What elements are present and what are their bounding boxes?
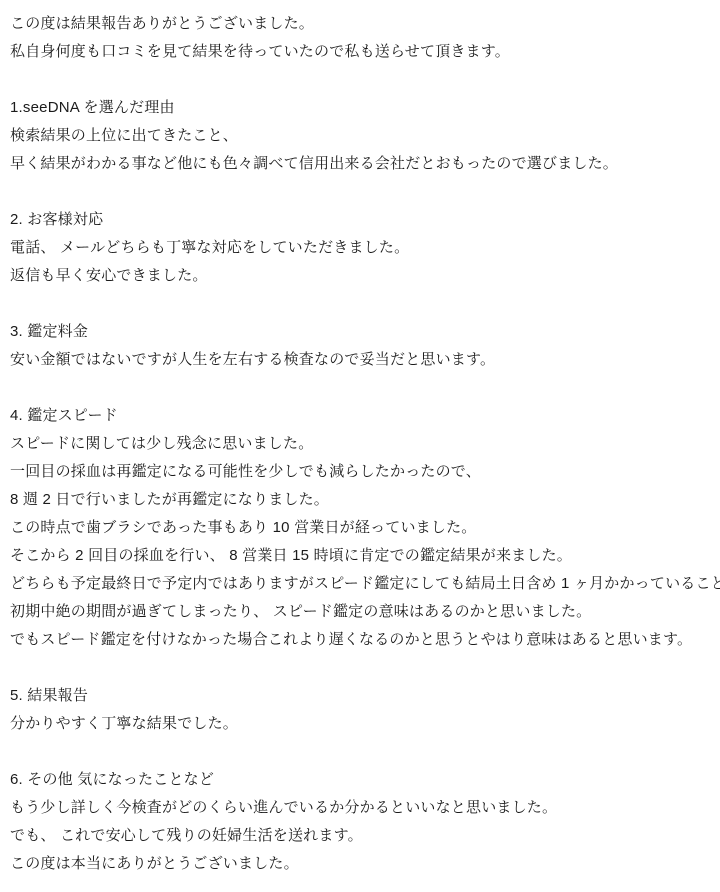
blank-line [10,178,720,206]
section-heading-reason: 1.seeDNA を選んだ理由 [10,94,720,122]
text-line: この時点で歯ブラシであった事もあり 10 営業日が経っていました。 [10,514,720,542]
text-line: 早く結果がわかる事など他にも色々調べて信用出来る会社だとおもったので選びました。 [10,150,720,178]
text-line: この度は本当にありがとうございました。 [10,850,720,878]
section-heading-customer-service: 2. お客様対応 [10,206,720,234]
page: { "page": { "background_color": "#ffffff… [0,0,720,892]
section-heading-speed: 4. 鑑定スピード [10,402,720,430]
text-line: そこから 2 回目の採血を行い、 8 営業日 15 時頃に肯定での鑑定結果が来ま… [10,542,720,570]
text-line: 返信も早く安心できました。 [10,262,720,290]
intro-line: この度は結果報告ありがとうございました。 [10,10,720,38]
text-line: 分かりやすく丁寧な結果でした。 [10,710,720,738]
blank-line [10,374,720,402]
text-line: 初期中絶の期間が過ぎてしまったり、 スピード鑑定の意味はあるのかと思いました。 [10,598,720,626]
section-heading-fee: 3. 鑑定料金 [10,318,720,346]
text-line: 電話、 メールどちらも丁寧な対応をしていただきました。 [10,234,720,262]
review-document: この度は結果報告ありがとうございました。 私自身何度も口コミを見て結果を待ってい… [0,0,720,878]
text-line: 検索結果の上位に出てきたこと、 [10,122,720,150]
text-line: 一回目の採血は再鑑定になる可能性を少しでも減らしたかったので、 [10,458,720,486]
blank-line [10,738,720,766]
blank-line [10,290,720,318]
blank-line [10,654,720,682]
section-heading-other: 6. その他 気になったことなど [10,766,720,794]
section-heading-result-report: 5. 結果報告 [10,682,720,710]
intro-line: 私自身何度も口コミを見て結果を待っていたので私も送らせて頂きます。 [10,38,720,66]
text-line: 8 週 2 日で行いましたが再鑑定になりました。 [10,486,720,514]
text-line: 安い金額ではないですが人生を左右する検査なので妥当だと思います。 [10,346,720,374]
text-line: もう少し詳しく今検査がどのくらい進んでいるか分かるといいなと思いました。 [10,794,720,822]
text-line: どちらも予定最終日で予定内ではありますがスピード鑑定にしても結局土日含め 1 ヶ… [10,570,720,598]
text-line: スピードに関しては少し残念に思いました。 [10,430,720,458]
text-line: でもスピード鑑定を付けなかった場合これより遅くなるのかと思うとやはり意味はあると… [10,626,720,654]
text-line: でも、 これで安心して残りの妊婦生活を送れます。 [10,822,720,850]
blank-line [10,66,720,94]
